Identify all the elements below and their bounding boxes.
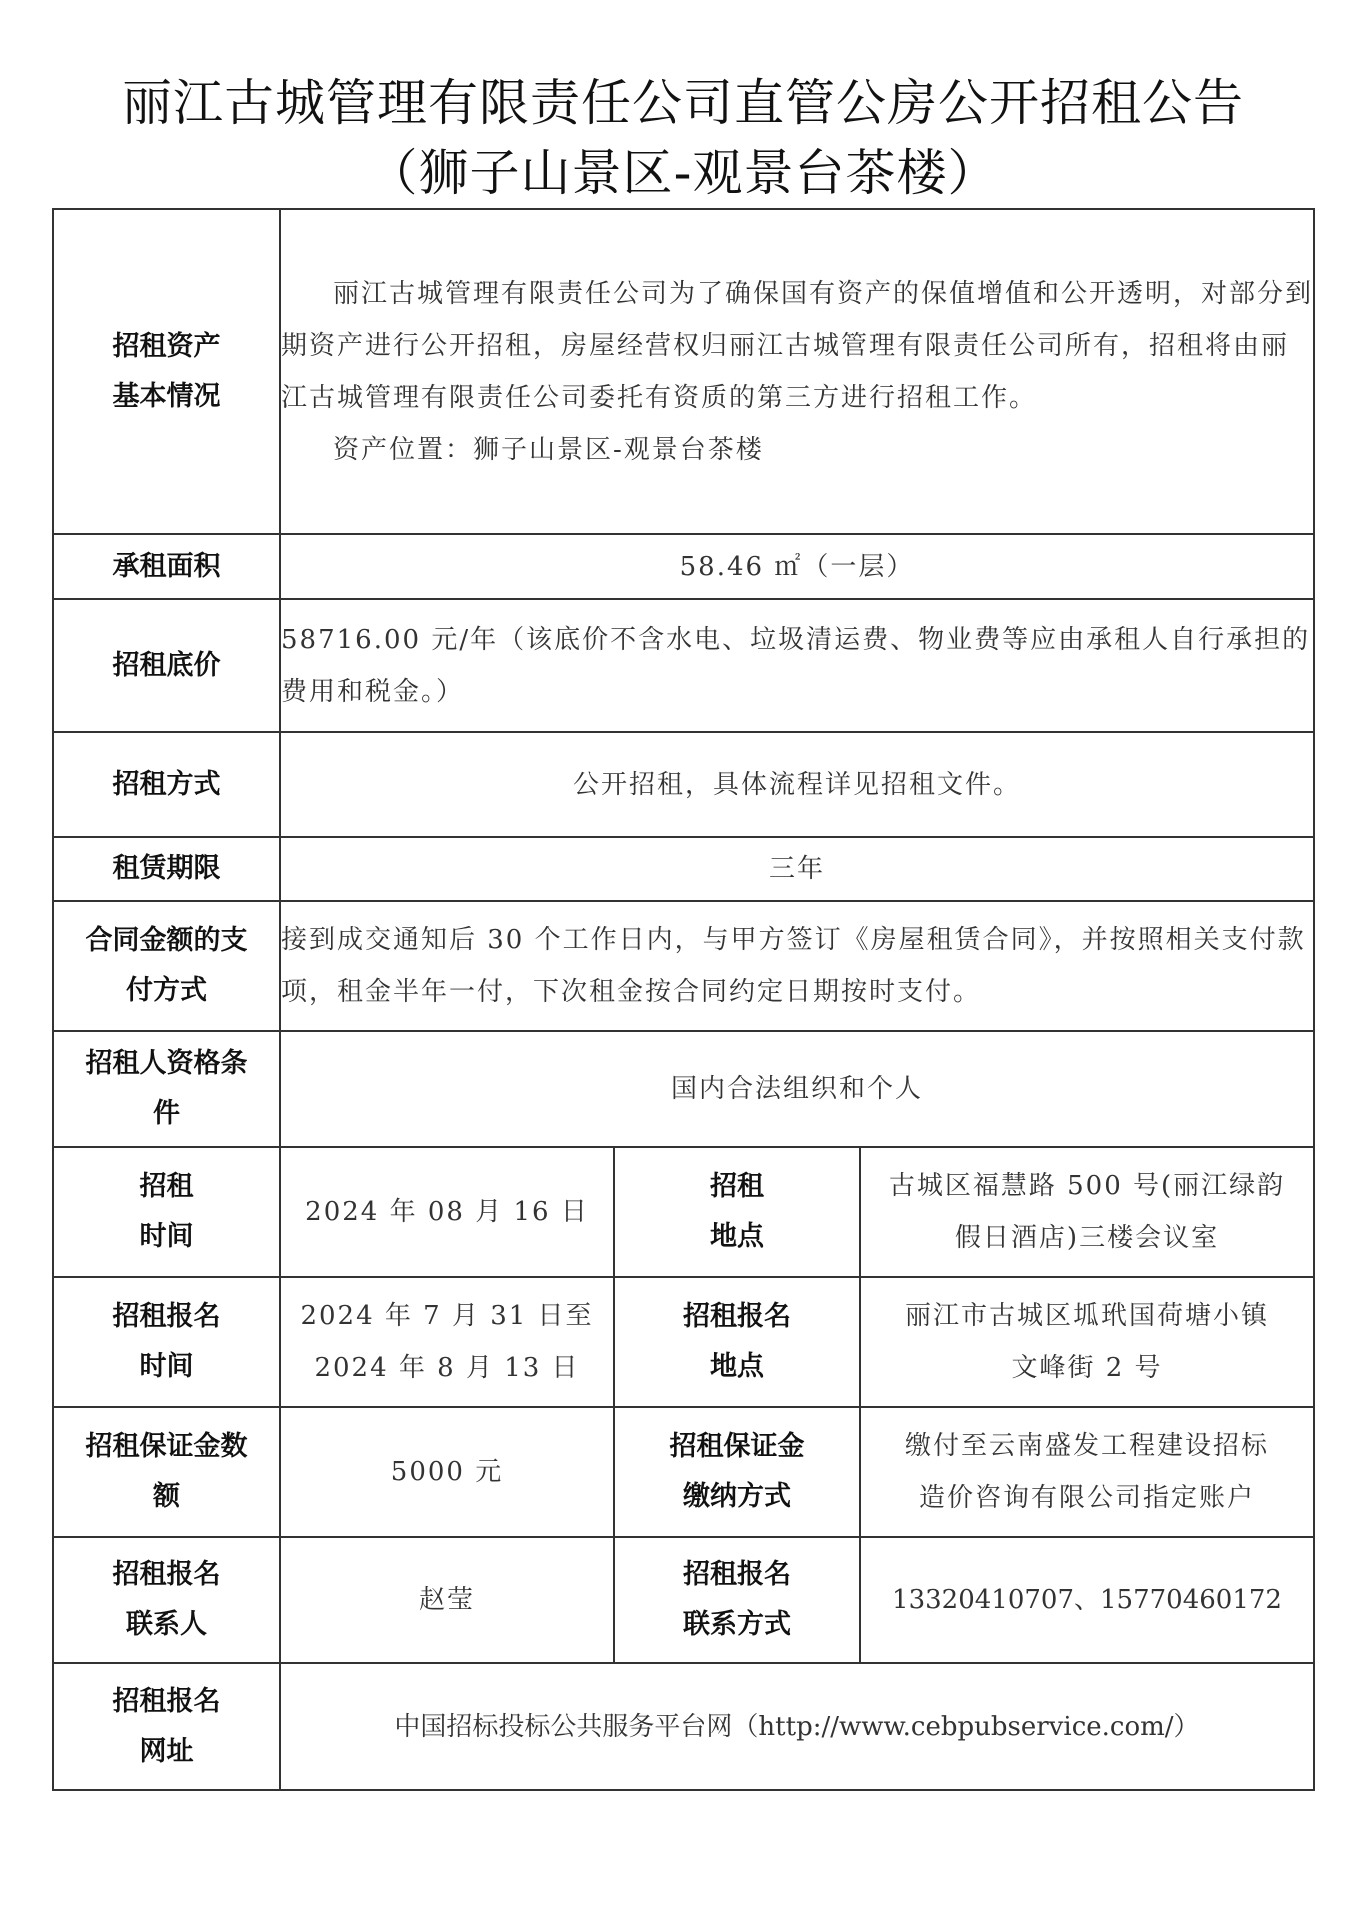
label-line: 招租报名 bbox=[54, 1550, 279, 1600]
value-line: 造价咨询有限公司指定账户 bbox=[861, 1472, 1313, 1524]
row-contact: 招租报名 联系人 赵莹 招租报名 联系方式 13320410707、157704… bbox=[53, 1537, 1314, 1663]
label-area: 承租面积 bbox=[53, 534, 280, 599]
label-line: 件 bbox=[54, 1089, 279, 1139]
label-line: 联系人 bbox=[54, 1600, 279, 1650]
label-line: 基本情况 bbox=[54, 372, 279, 422]
row-term: 租赁期限 三年 bbox=[53, 837, 1314, 901]
value-deposit-method: 缴付至云南盛发工程建设招标 造价咨询有限公司指定账户 bbox=[860, 1407, 1314, 1537]
value-line: 文峰街 2 号 bbox=[861, 1342, 1313, 1394]
label-term: 租赁期限 bbox=[53, 837, 280, 901]
announcement-table: 招租资产 基本情况 丽江古城管理有限责任公司为了确保国有资产的保值增值和公开透明… bbox=[52, 208, 1315, 1791]
value-registration-place: 丽江市古城区坬玳国荷塘小镇 文峰街 2 号 bbox=[860, 1277, 1314, 1407]
row-registration: 招租报名 时间 2024 年 7 月 31 日至 2024 年 8 月 13 日… bbox=[53, 1277, 1314, 1407]
row-qualification: 招租人资格条 件 国内合法组织和个人 bbox=[53, 1031, 1314, 1147]
document-subtitle: （狮子山景区-观景台茶楼） bbox=[0, 148, 1366, 198]
label-line: 额 bbox=[54, 1472, 279, 1522]
label-line: 付方式 bbox=[54, 966, 279, 1016]
value-deposit-amount: 5000 元 bbox=[280, 1407, 614, 1537]
label-contact-person: 招租报名 联系人 bbox=[53, 1537, 280, 1663]
label-reserve-price: 招租底价 bbox=[53, 599, 280, 732]
value-auction-place: 古城区福慧路 500 号(丽江绿韵 假日酒店)三楼会议室 bbox=[860, 1147, 1314, 1277]
asset-location: 资产位置：狮子山景区-观景台茶楼 bbox=[281, 424, 1313, 476]
row-area: 承租面积 58.46 ㎡（一层） bbox=[53, 534, 1314, 599]
label-line: 网址 bbox=[54, 1727, 279, 1777]
value-payment: 接到成交通知后 30 个工作日内，与甲方签订《房屋租赁合同》，并按照相关支付款项… bbox=[280, 901, 1314, 1031]
label-deposit-amount: 招租保证金数 额 bbox=[53, 1407, 280, 1537]
label-deposit-method: 招租保证金 缴纳方式 bbox=[614, 1407, 860, 1537]
label-line: 招租报名 bbox=[615, 1550, 859, 1600]
label-line: 招租保证金数 bbox=[54, 1422, 279, 1472]
row-website: 招租报名 网址 中国招标投标公共服务平台网（http://www.cebpubs… bbox=[53, 1663, 1314, 1790]
value-line: 2024 年 7 月 31 日至 bbox=[281, 1290, 613, 1342]
label-line: 招租资产 bbox=[54, 322, 279, 372]
value-auction-time: 2024 年 08 月 16 日 bbox=[280, 1147, 614, 1277]
label-auction-time: 招租 时间 bbox=[53, 1147, 280, 1277]
value-method: 公开招租，具体流程详见招租文件。 bbox=[280, 732, 1314, 837]
row-payment: 合同金额的支 付方式 接到成交通知后 30 个工作日内，与甲方签订《房屋租赁合同… bbox=[53, 901, 1314, 1031]
value-line: 2024 年 8 月 13 日 bbox=[281, 1342, 613, 1394]
label-line: 联系方式 bbox=[615, 1600, 859, 1650]
value-registration-time: 2024 年 7 月 31 日至 2024 年 8 月 13 日 bbox=[280, 1277, 614, 1407]
label-line: 地点 bbox=[615, 1212, 859, 1262]
value-line: 缴付至云南盛发工程建设招标 bbox=[861, 1420, 1313, 1472]
value-line: 假日酒店)三楼会议室 bbox=[861, 1212, 1313, 1264]
label-method: 招租方式 bbox=[53, 732, 280, 837]
label-registration-place: 招租报名 地点 bbox=[614, 1277, 860, 1407]
label-line: 招租报名 bbox=[54, 1677, 279, 1727]
label-line: 时间 bbox=[54, 1212, 279, 1262]
row-reserve-price: 招租底价 58716.00 元/年（该底价不含水电、垃圾清运费、物业费等应由承租… bbox=[53, 599, 1314, 732]
value-basic-info: 丽江古城管理有限责任公司为了确保国有资产的保值增值和公开透明，对部分到期资产进行… bbox=[280, 209, 1314, 534]
label-line: 招租 bbox=[615, 1162, 859, 1212]
value-area: 58.46 ㎡（一层） bbox=[280, 534, 1314, 599]
row-basic-info: 招租资产 基本情况 丽江古城管理有限责任公司为了确保国有资产的保值增值和公开透明… bbox=[53, 209, 1314, 534]
label-auction-place: 招租 地点 bbox=[614, 1147, 860, 1277]
basic-info-paragraph: 丽江古城管理有限责任公司为了确保国有资产的保值增值和公开透明，对部分到期资产进行… bbox=[281, 268, 1313, 424]
label-line: 缴纳方式 bbox=[615, 1472, 859, 1522]
label-line: 招租人资格条 bbox=[54, 1039, 279, 1089]
value-contact-phone: 13320410707、15770460172 bbox=[860, 1537, 1314, 1663]
value-contact-person: 赵莹 bbox=[280, 1537, 614, 1663]
label-website: 招租报名 网址 bbox=[53, 1663, 280, 1790]
label-line: 合同金额的支 bbox=[54, 916, 279, 966]
row-auction: 招租 时间 2024 年 08 月 16 日 招租 地点 古城区福慧路 500 … bbox=[53, 1147, 1314, 1277]
value-line: 丽江市古城区坬玳国荷塘小镇 bbox=[861, 1290, 1313, 1342]
label-line: 招租报名 bbox=[54, 1292, 279, 1342]
label-contact-phone: 招租报名 联系方式 bbox=[614, 1537, 860, 1663]
value-term: 三年 bbox=[280, 837, 1314, 901]
document-title: 丽江古城管理有限责任公司直管公房公开招租公告 bbox=[0, 78, 1366, 128]
label-basic-info: 招租资产 基本情况 bbox=[53, 209, 280, 534]
label-line: 招租报名 bbox=[615, 1292, 859, 1342]
label-line: 招租 bbox=[54, 1162, 279, 1212]
label-line: 地点 bbox=[615, 1342, 859, 1392]
row-method: 招租方式 公开招租，具体流程详见招租文件。 bbox=[53, 732, 1314, 837]
row-deposit: 招租保证金数 额 5000 元 招租保证金 缴纳方式 缴付至云南盛发工程建设招标… bbox=[53, 1407, 1314, 1537]
label-line: 时间 bbox=[54, 1342, 279, 1392]
label-line: 招租保证金 bbox=[615, 1422, 859, 1472]
label-qualification: 招租人资格条 件 bbox=[53, 1031, 280, 1147]
value-line: 古城区福慧路 500 号(丽江绿韵 bbox=[861, 1160, 1313, 1212]
value-website: 中国招标投标公共服务平台网（http://www.cebpubservice.c… bbox=[280, 1663, 1314, 1790]
value-qualification: 国内合法组织和个人 bbox=[280, 1031, 1314, 1147]
label-payment: 合同金额的支 付方式 bbox=[53, 901, 280, 1031]
label-registration-time: 招租报名 时间 bbox=[53, 1277, 280, 1407]
value-reserve-price: 58716.00 元/年（该底价不含水电、垃圾清运费、物业费等应由承租人自行承担… bbox=[280, 599, 1314, 732]
